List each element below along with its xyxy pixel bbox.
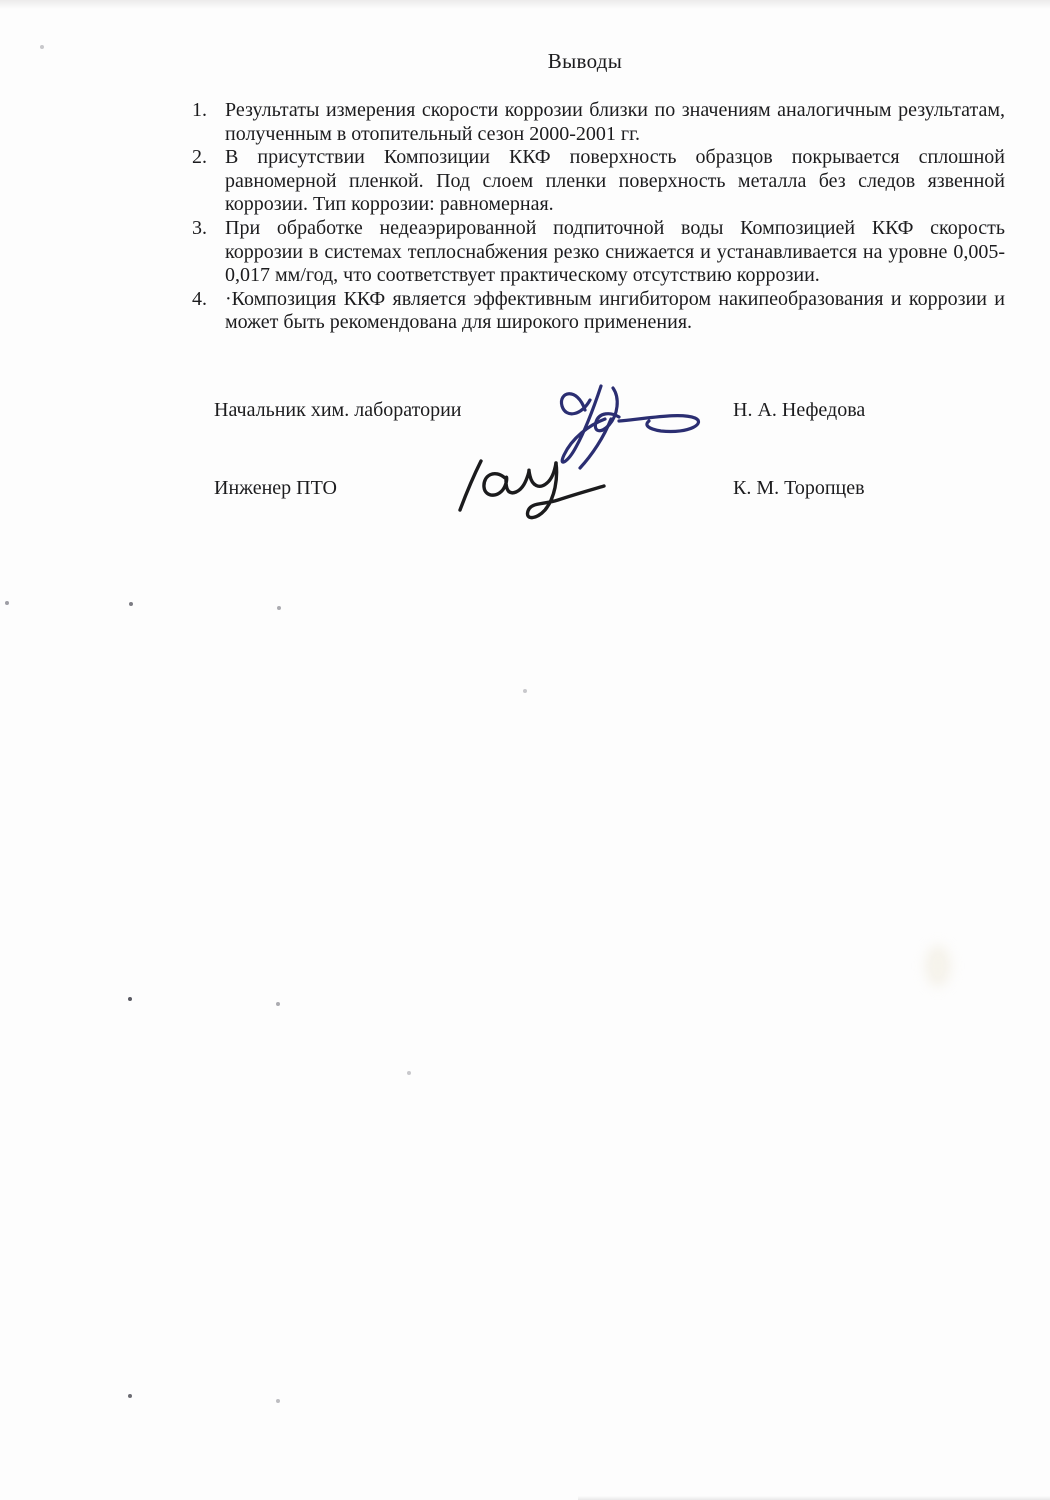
signature-position-label: Инженер ПТО <box>214 477 337 500</box>
signature-stroke <box>619 416 698 432</box>
list-item-text: ·Композиция ККФ является эффективным инг… <box>225 288 1005 334</box>
signature-stroke <box>484 463 556 495</box>
scan-specks <box>0 0 2 2</box>
scan-artifact-bottom <box>578 1496 1050 1500</box>
signature-name: К. М. Торопцев <box>733 477 865 500</box>
list-item-text: В присутствии Композиции ККФ поверхность… <box>225 146 1005 215</box>
list-item: 2. В присутствии Композиции ККФ поверхно… <box>192 146 1005 217</box>
list-item-number: 1. <box>192 99 207 123</box>
signature-stroke <box>460 461 481 510</box>
scanned-document-page: Выводы 1. Результаты измерения скорости … <box>0 0 1050 1500</box>
list-item-text: При обработке недеаэрированной подпиточн… <box>225 217 1005 286</box>
list-item: 4. ·Композиция ККФ является эффективным … <box>192 288 1005 335</box>
list-item-number: 2. <box>192 146 207 170</box>
signature-stroke <box>527 463 604 518</box>
signature-name: Н. А. Нефедова <box>733 399 865 422</box>
signature-position-label: Начальник хим. лаборатории <box>214 399 462 422</box>
signature-stroke <box>562 386 605 462</box>
signature-stroke <box>561 394 590 414</box>
list-item-text: Результаты измерения скорости коррозии б… <box>225 99 1005 145</box>
handwritten-signature-toroptsev <box>448 453 616 535</box>
conclusions-list: 1. Результаты измерения скорости коррози… <box>192 99 1005 335</box>
list-item-number: 3. <box>192 217 207 241</box>
list-item-number: 4. <box>192 288 207 312</box>
list-item: 1. Результаты измерения скорости коррози… <box>192 99 1005 146</box>
scan-artifact-top <box>0 0 1050 9</box>
page-title: Выводы <box>192 49 978 74</box>
scan-artifact-blob <box>925 945 951 987</box>
list-item: 3. При обработке недеаэрированной подпит… <box>192 217 1005 288</box>
